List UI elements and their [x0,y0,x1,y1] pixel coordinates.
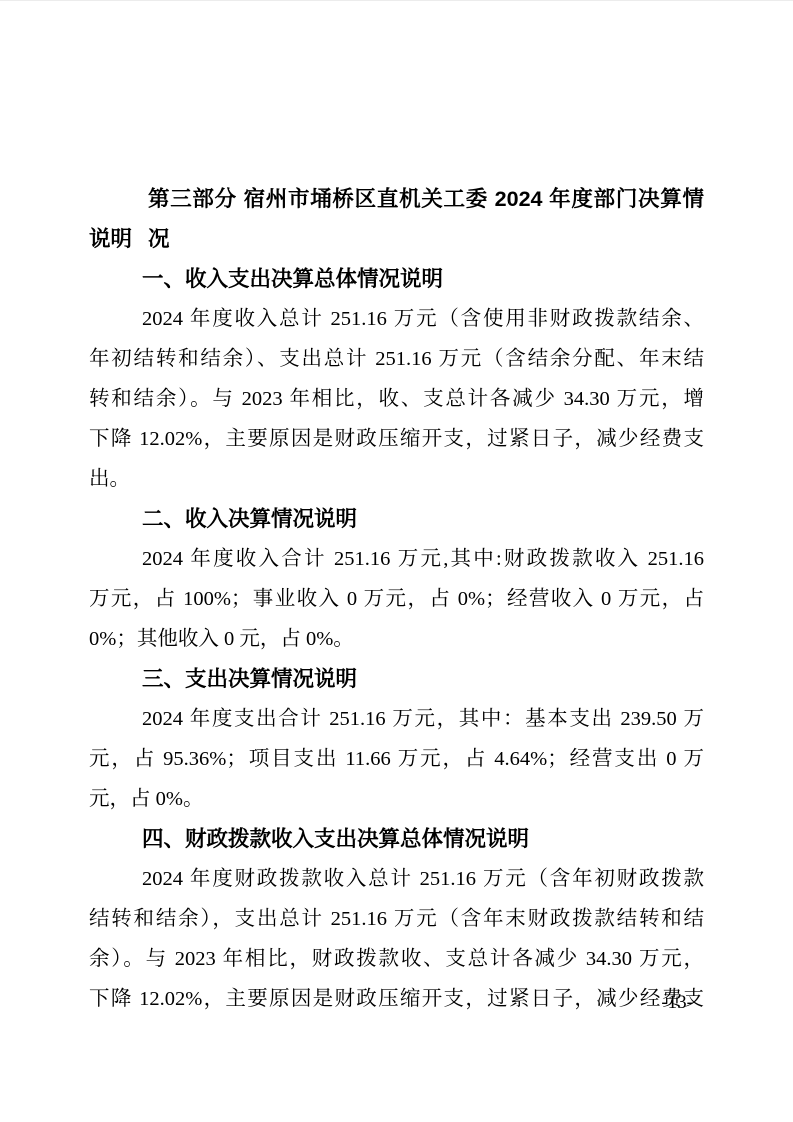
section-1-heading: 一、收入支出决算总体情况说明 [89,259,704,299]
doc-title-line-2: 说明 [89,219,704,259]
section-1-body-line-2: 年初结转和结余）、支出总计 251.16 万元（含结余分配、年末结 [89,339,704,379]
section-3-heading: 三、支出决算情况说明 [89,659,704,699]
section-4-heading: 四、财政拨款收入支出决算总体情况说明 [89,819,704,859]
section-4-body-line-2: 结转和结余），支出总计 251.16 万元（含年末财政拨款结转和结 [89,899,704,939]
section-4-body-line-3: 余）。与 2023 年相比，财政拨款收、支总计各减少 34.30 万元， [89,939,704,979]
section-2-body-line-3: 0%；其他收入 0 元，占 0%。 [89,619,704,659]
section-1-body-line-4: 下降 12.02%，主要原因是财政压缩开支，过紧日子，减少经费支 [89,419,704,459]
section-1-body-line-5: 出。 [89,459,704,499]
section-3-body-line-2: 元，占 95.36%；项目支出 11.66 万元，占 4.64%；经营支出 0 … [89,739,704,779]
document-body: 第三部分 宿州市埇桥区直机关工委 2024 年度部门决算情况说明一、收入支出决算… [89,179,704,1019]
section-3-body-line-1: 2024 年度支出合计 251.16 万元，其中：基本支出 239.50 万 [89,699,704,739]
section-2-body-line-1: 2024 年度收入合计 251.16 万元,其中:财政拨款收入 251.16 [89,539,704,579]
section-3-body-line-3: 元，占 0%。 [89,779,704,819]
page-number: -13- [661,992,693,1014]
document-page: 第三部分 宿州市埇桥区直机关工委 2024 年度部门决算情况说明一、收入支出决算… [0,0,793,1122]
doc-title-line-1: 第三部分 宿州市埇桥区直机关工委 2024 年度部门决算情况 [89,179,704,219]
section-4-body-line-1: 2024 年度财政拨款收入总计 251.16 万元（含年初财政拨款 [89,859,704,899]
section-2-heading: 二、收入决算情况说明 [89,499,704,539]
section-2-body-line-2: 万元，占 100%；事业收入 0 万元，占 0%；经营收入 0 万元，占 [89,579,704,619]
section-4-body-line-4: 下降 12.02%，主要原因是财政压缩开支，过紧日子，减少经费支 [89,979,704,1019]
section-1-body-line-3: 转和结余）。与 2023 年相比，收、支总计各减少 34.30 万元，增 [89,379,704,419]
section-1-body-line-1: 2024 年度收入总计 251.16 万元（含使用非财政拨款结余、 [89,299,704,339]
